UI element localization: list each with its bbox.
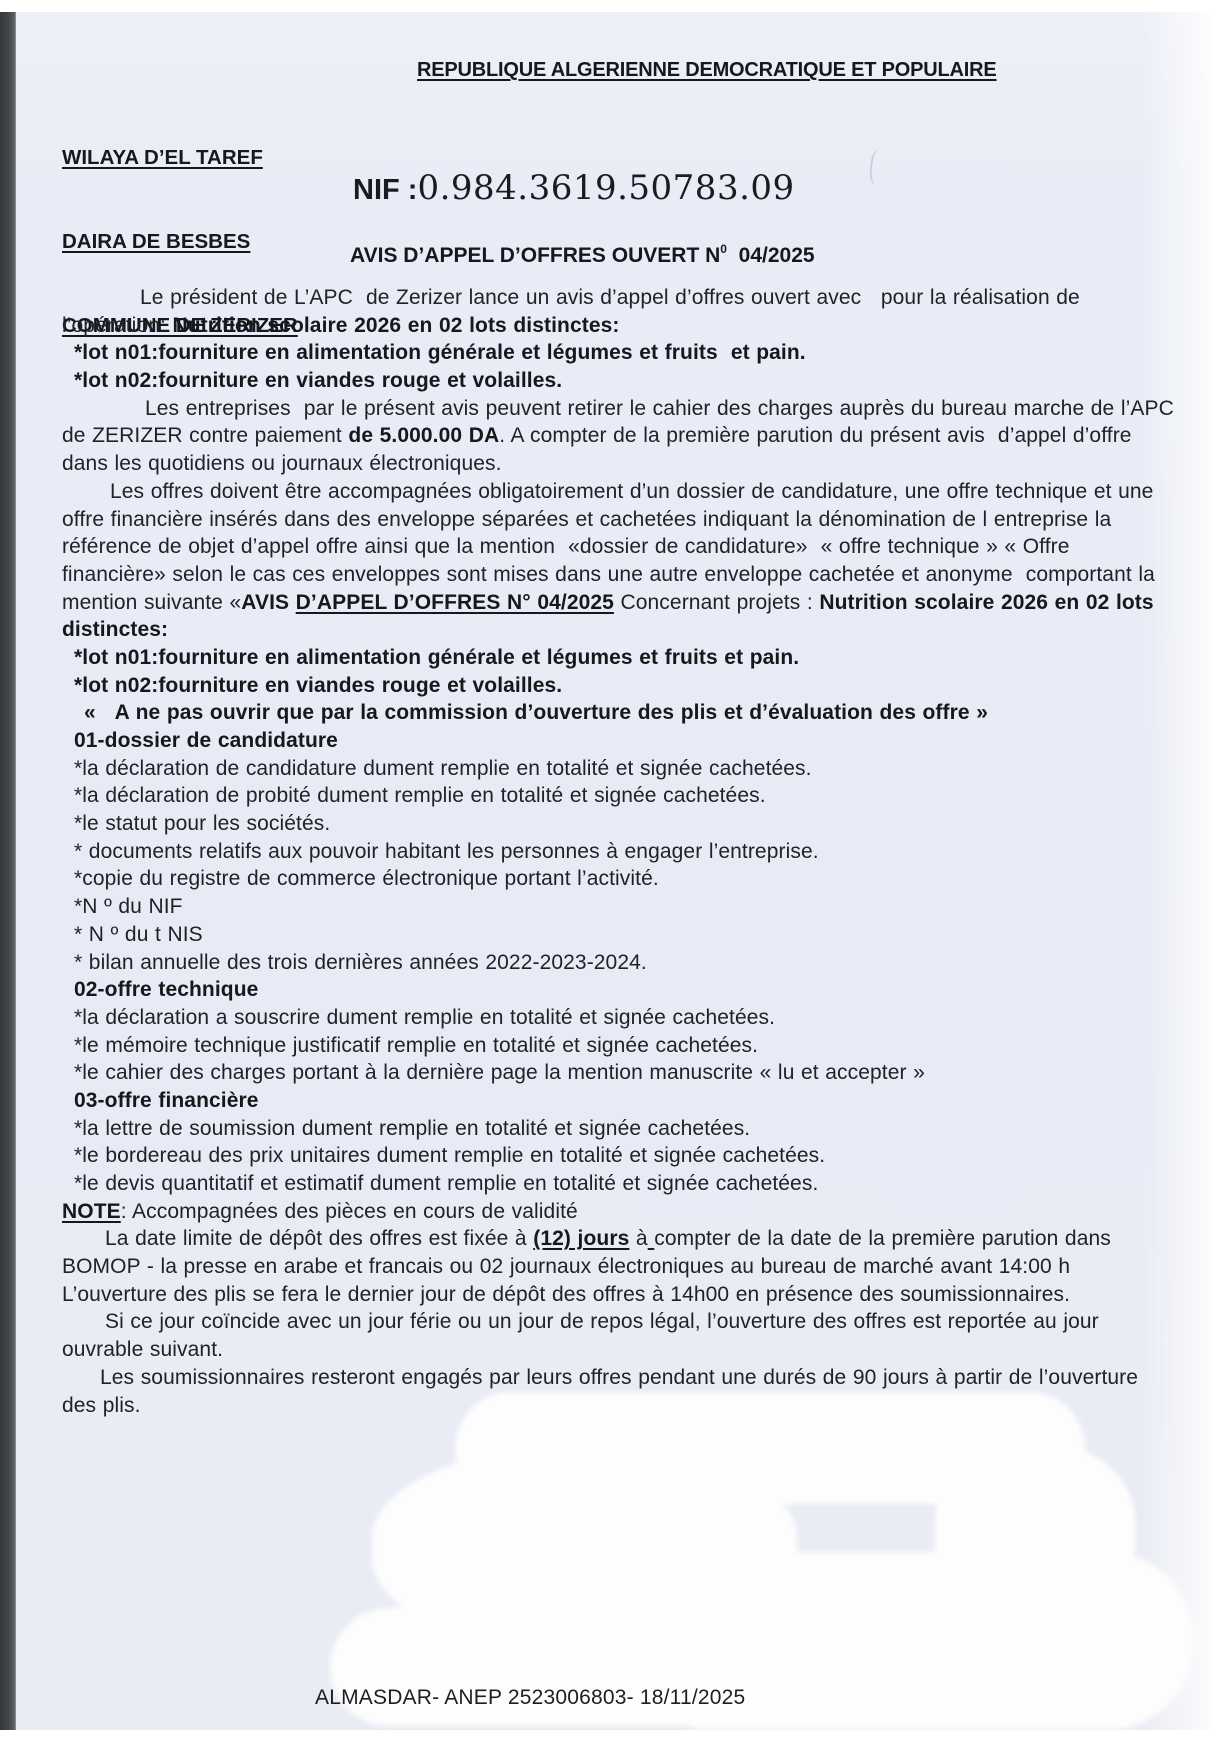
text-segment: compter de la date de la première paruti… [654,1227,1111,1250]
text-segment: Les offres doivent être accompagnées obl… [110,480,1153,503]
text-line: « A ne pas ouvrir que par la commission … [0,699,1232,727]
text-segment: Nutrition scolaire 2026 en 02 lots disti… [172,314,619,337]
text-line: financière» selon le cas ces enveloppes … [0,561,1232,589]
text-line: offre financière insérés dans des envelo… [0,506,1232,534]
nif-value: 0.984.3619.50783.09 [417,168,794,208]
notice-title-number: 04/2025 [727,244,815,267]
text-segment: des plis. [62,1394,141,1417]
text-line: *la déclaration de candidature dument re… [0,755,1232,783]
text-line: 02-offre technique [0,976,1232,1004]
text-segment: *le mémoire technique justificatif rempl… [74,1034,758,1057]
text-line: Le président de L’APC de Zerizer lance u… [0,284,1232,312]
text-segment: l’opération: [62,314,172,337]
text-segment: Le président de L’APC de Zerizer lance u… [140,286,1080,309]
text-line: *le mémoire technique justificatif rempl… [0,1032,1232,1060]
text-line: ouvrable suivant. [0,1336,1232,1364]
text-segment: *la lettre de soumission dument remplie … [74,1117,750,1140]
text-segment: 03-offre financière [74,1089,259,1112]
text-segment: : Accompagnées des pièces en cours de va… [121,1200,578,1223]
text-line: *lot n01:fourniture en alimentation géné… [0,339,1232,367]
text-line: *le devis quantitatif et estimatif dumen… [0,1170,1232,1198]
text-segment: *N º du NIF [74,895,183,918]
text-segment: dans les quotidiens ou journaux électron… [62,452,502,475]
text-segment: . A compter de la première parution du p… [499,424,1131,447]
text-segment: Concernant projets : [614,591,819,614]
text-segment: ouvrable suivant. [62,1338,223,1361]
text-segment: 02-offre technique [74,978,258,1001]
authority-line-wilaya: WILAYA D’EL TAREF [62,144,298,172]
text-segment: *copie du registre de commerce électroni… [74,867,659,890]
nif-line: NIF :0.984.3619.50783.09 [353,168,795,208]
text-segment: *le bordereau des prix unitaires dument … [74,1144,825,1167]
republic-heading: REPUBLIQUE ALGERIENNE DEMOCRATIQUE ET PO… [417,59,997,82]
text-line: * documents relatifs aux pouvoir habitan… [0,838,1232,866]
notice-title-superscript: 0 [720,242,727,256]
notice-title-text: AVIS D’APPEL D’OFFRES OUVERT N [350,244,720,267]
text-segment: à [629,1227,647,1250]
text-line: référence de objet d’appel offre ainsi q… [0,533,1232,561]
text-segment: * bilan annuelle des trois dernières ann… [74,951,647,974]
notice-title: AVIS D’APPEL D’OFFRES OUVERT N0 04/2025 [350,242,815,268]
text-segment: *lot n01:fourniture en alimentation géné… [74,341,806,364]
text-segment: *lot n01:fourniture en alimentation géné… [74,646,799,669]
text-line: Les offres doivent être accompagnées obl… [0,478,1232,506]
text-line: BOMOP - la presse en arabe et francais o… [0,1253,1232,1281]
text-line: dans les quotidiens ou journaux électron… [0,450,1232,478]
text-line: *le statut pour les sociétés. [0,810,1232,838]
text-segment: financière» selon le cas ces enveloppes … [62,563,1155,586]
scanned-tender-notice: { "page": { "paper_color": "#e9ecf6", "s… [0,0,1232,1746]
text-line: de ZERIZER contre paiement de 5.000.00 D… [0,422,1232,450]
text-line: *la déclaration de probité dument rempli… [0,782,1232,810]
text-segment: La date limite de dépôt des offres est f… [105,1227,533,1250]
text-segment: Les entreprises par le présent avis peuv… [145,397,1174,420]
text-line: *le bordereau des prix unitaires dument … [0,1142,1232,1170]
text-line: distinctes: [0,616,1232,644]
text-segment: offre financière insérés dans des envelo… [62,508,1111,531]
text-segment: distinctes: [62,618,168,641]
text-line: *lot n01:fourniture en alimentation géné… [0,644,1232,672]
text-segment: 01-dossier de candidature [74,729,338,752]
text-line: * bilan annuelle des trois dernières ann… [0,949,1232,977]
text-line: 03-offre financière [0,1087,1232,1115]
footer-line: ALMASDAR- ANEP 2523006803- 18/11/2025 [315,1686,745,1710]
text-segment: (12) jours [533,1227,629,1250]
text-segment: référence de objet d’appel offre ainsi q… [62,535,1070,558]
nif-label: NIF : [353,174,417,207]
text-segment: *le cahier des charges portant à la dern… [74,1061,925,1084]
text-segment: * N º du t NIS [74,923,203,946]
text-line: 01-dossier de candidature [0,727,1232,755]
text-line: *la lettre de soumission dument remplie … [0,1115,1232,1143]
text-line: L’ouverture des plis se fera le dernier … [0,1281,1232,1309]
text-segment: *lot n02:fourniture en viandes rouge et … [74,369,562,392]
document-content: REPUBLIQUE ALGERIENNE DEMOCRATIQUE ET PO… [0,0,1232,1746]
text-line: mention suivante «AVIS D’APPEL D’OFFRES … [0,589,1232,617]
text-line: La date limite de dépôt des offres est f… [0,1225,1232,1253]
pen-mark [868,147,888,186]
text-segment: BOMOP - la presse en arabe et francais o… [62,1255,1070,1278]
text-segment: *le statut pour les sociétés. [74,812,330,835]
text-line: *lot n02:fourniture en viandes rouge et … [0,367,1232,395]
text-segment: *lot n02:fourniture en viandes rouge et … [74,674,562,697]
text-segment: mention suivante « [62,591,241,614]
text-segment: Nutrition scolaire 2026 en 02 lots [819,591,1153,614]
text-line: l’opération: Nutrition scolaire 2026 en … [0,312,1232,340]
text-line: Les entreprises par le présent avis peuv… [0,395,1232,423]
text-line: Les soumissionnaires resteront engagés p… [0,1364,1232,1392]
text-segment: *la déclaration de candidature dument re… [74,757,812,780]
text-line: des plis. [0,1392,1232,1420]
text-segment: Si ce jour coïncide avec un jour férie o… [105,1310,1099,1333]
document-body: Le président de L’APC de Zerizer lance u… [0,284,1232,1419]
text-segment: * documents relatifs aux pouvoir habitan… [74,840,819,863]
text-line: *lot n02:fourniture en viandes rouge et … [0,672,1232,700]
text-line: Si ce jour coïncide avec un jour férie o… [0,1308,1232,1336]
text-segment: de ZERIZER contre paiement [62,424,348,447]
text-segment: *le devis quantitatif et estimatif dumen… [74,1172,818,1195]
text-line: *copie du registre de commerce électroni… [0,865,1232,893]
text-segment: de 5.000.00 DA [348,424,499,447]
text-segment: L’ouverture des plis se fera le dernier … [62,1283,1070,1306]
text-segment: AVIS [241,591,295,614]
text-line: *le cahier des charges portant à la dern… [0,1059,1232,1087]
text-segment: *la déclaration de probité dument rempli… [74,784,766,807]
text-segment: *la déclaration a souscrire dument rempl… [74,1006,775,1029]
text-line: * N º du t NIS [0,921,1232,949]
text-segment: D’APPEL D’OFFRES N° 04/2025 [296,591,614,614]
text-segment: NOTE [62,1200,121,1223]
text-line: *N º du NIF [0,893,1232,921]
text-segment: Les soumissionnaires resteront engagés p… [100,1366,1138,1389]
text-segment: « A ne pas ouvrir que par la commission … [84,701,988,724]
text-line: *la déclaration a souscrire dument rempl… [0,1004,1232,1032]
text-line: NOTE: Accompagnées des pièces en cours d… [0,1198,1232,1226]
authority-line-daira: DAIRA DE BESBES [62,228,298,256]
